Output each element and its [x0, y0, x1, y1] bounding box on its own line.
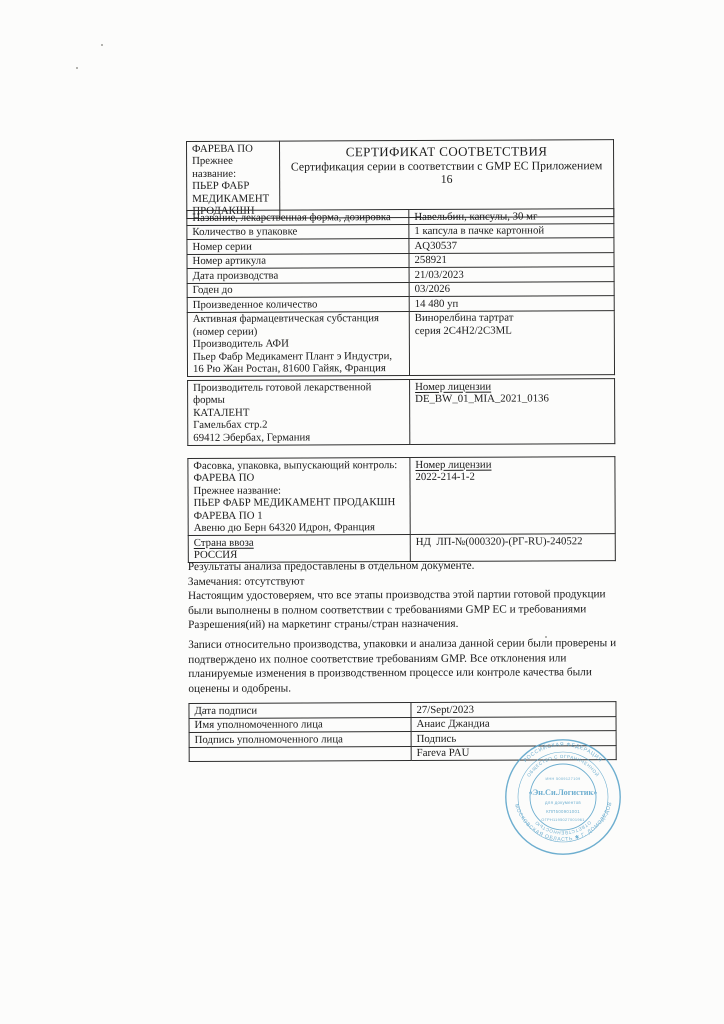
svg-text:«Эн.Си.Логистик»: «Эн.Си.Логистик» [529, 788, 598, 797]
row-label: Произведенное количество [187, 297, 409, 312]
scan-speck [76, 67, 78, 69]
company-name-block: ФАРЕВА ПО Прежнее название: ПЬЕР ФАБР МЕ… [187, 141, 280, 218]
svg-text:ИНН 5009127109: ИНН 5009127109 [545, 777, 580, 781]
row-value: 14 480 уп [409, 296, 614, 311]
table-row: Фасовка, упаковка, выпускающий контроль:… [188, 457, 615, 536]
certificate-subtitle: Сертификация серии в соответствии с GMP … [285, 157, 608, 185]
row-label: Номер артикула [187, 253, 409, 268]
license-number: 2022-214-1-2 [415, 470, 609, 483]
certificate-title: СЕРТИФИКАТ СООТВЕТСТВИЯ [285, 141, 608, 159]
packaging-address: Фасовка, упаковка, выпускающий контроль:… [188, 458, 410, 536]
row-label [189, 746, 411, 761]
row-value: 03/2026 [409, 281, 614, 296]
license-label: Номер лицензии [415, 380, 609, 393]
row-value: AQ30537 [409, 238, 614, 253]
license-cell: Номер лицензии DE_BW_01_MIA_2021_0136 [410, 379, 615, 444]
row-value: 1 капсула в пачке картонной [409, 223, 614, 238]
row-label: Годен до [187, 282, 409, 297]
row-label: Подпись уполномоченного лица [189, 732, 411, 747]
notes-section: Результаты анализа предоставлены в отдел… [188, 558, 617, 696]
company-stamp: РОССИЙСКАЯ ФЕДЕРАЦИЯ ✱ МОСКОВСКАЯ ОБЛАСТ… [503, 737, 623, 857]
table-row: Активная фармацевтическая субстанция (но… [187, 310, 614, 376]
scan-speck [101, 44, 103, 46]
license-label: Номер лицензии [415, 458, 609, 471]
row-value: 258921 [409, 252, 614, 267]
scan-speck [545, 636, 547, 638]
table-row: Производитель готовой лекарственной форм… [188, 379, 615, 445]
stamp-icon: РОССИЙСКАЯ ФЕДЕРАЦИЯ ✱ МОСКОВСКАЯ ОБЛАСТ… [503, 737, 623, 857]
svg-text:для документов: для документов [545, 800, 581, 805]
certificate-title-cell: СЕРТИФИКАТ СООТВЕТСТВИЯ Сертификация сер… [280, 140, 614, 218]
svg-text:РОССИЙСКАЯ ФЕДЕРАЦИЯ: РОССИЙСКАЯ ФЕДЕРАЦИЯ [523, 742, 604, 764]
packaging-table: Фасовка, упаковка, выпускающий контроль:… [187, 456, 615, 563]
svg-text:ОБЩЕСТВО С ОГРАНИЧЕННОЙ: ОБЩЕСТВО С ОГРАНИЧЕННОЙ [526, 754, 602, 778]
row-label: Дата подписи [189, 703, 411, 718]
row-label: Количество в упаковке [187, 224, 409, 239]
license-cell: Номер лицензии 2022-214-1-2 [410, 457, 615, 535]
row-label: Имя уполномоченного лица [189, 717, 411, 732]
row-label: Номер серии [187, 239, 409, 254]
row-label: Название, лекарственная форма, дозировка [187, 210, 409, 225]
header-table: ФАРЕВА ПО Прежнее название: ПЬЕР ФАБР МЕ… [186, 139, 614, 219]
row-label: Дата производства [187, 268, 409, 283]
import-country-label: Страна ввоза [194, 536, 405, 549]
certificate-document: ФАРЕВА ПО Прежнее название: ПЬЕР ФАБР МЕ… [186, 139, 614, 141]
svg-text:КПП500901001: КПП500901001 [546, 809, 580, 814]
license-number: DE_BW_01_MIA_2021_0136 [415, 392, 609, 405]
row-value: Навельбин, капсулы, 30 мг [409, 209, 614, 224]
note-gmp-statement: Настоящим удостоверяем, что все этапы пр… [188, 587, 616, 633]
note-records-statement: Записи относительно производства, упаков… [188, 636, 616, 696]
row-value: Винорелбина тартрат серия 2C4H2/2C3ML [409, 310, 614, 375]
manufacturer-table: Производитель готовой лекарственной форм… [187, 378, 615, 445]
scanned-certificate-page: ФАРЕВА ПО Прежнее название: ПЬЕР ФАБР МЕ… [0, 0, 724, 1024]
row-label: Активная фармацевтическая субстанция (но… [187, 311, 409, 376]
table-row: ФАРЕВА ПО Прежнее название: ПЬЕР ФАБР МЕ… [187, 140, 614, 219]
manufacturer-address: Производитель готовой лекарственной форм… [188, 380, 410, 445]
svg-text:ОГРН1195027001961: ОГРН1195027001961 [541, 817, 584, 822]
row-value: Анаис Джандиа [411, 716, 616, 731]
row-value: 21/03/2023 [409, 267, 614, 282]
product-details-table: Название, лекарственная форма, дозировка… [186, 208, 615, 377]
row-value: 27/Sept/2023 [411, 702, 616, 717]
